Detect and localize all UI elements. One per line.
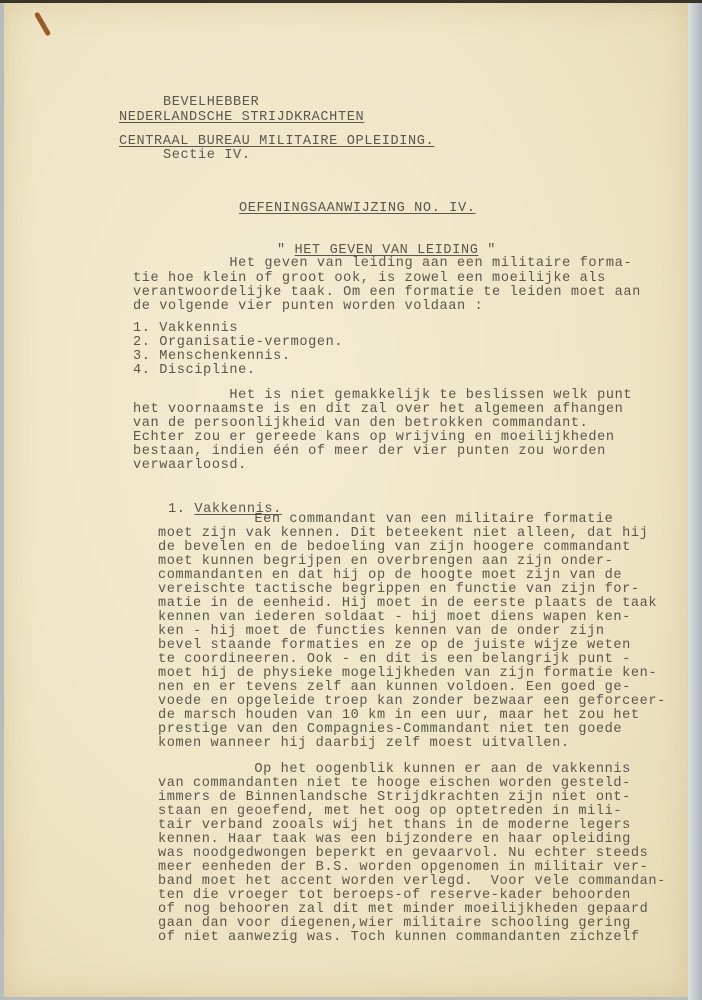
list-item: 4. Discipline. bbox=[133, 363, 256, 378]
text-line: komen wanneer hij daarbij zelf moest uit… bbox=[158, 736, 570, 751]
text-line: verwaarloosd. bbox=[133, 458, 247, 473]
text-line: het voornaamste is en dit zal over het a… bbox=[133, 402, 623, 417]
text-line: matie in de eenheid. Hij moet in de eers… bbox=[158, 596, 657, 611]
text-line: tair verband zooals wij het thans in de … bbox=[158, 818, 631, 833]
list-item: 3. Menschenkennis. bbox=[133, 349, 291, 364]
text-line: was noodgedwongen beperkt en gevaarvol. … bbox=[158, 846, 648, 861]
text-line: van commandanten niet te hooge eischen w… bbox=[158, 776, 631, 791]
text-line: bestaan, indien één of meer der vier pun… bbox=[133, 444, 606, 459]
header-line-1: BEVELHEBBER bbox=[163, 95, 259, 110]
header-line-3: CENTRAAL BUREAU MILITAIRE OPLEIDING. bbox=[119, 134, 434, 149]
scanner-top-edge bbox=[0, 0, 702, 3]
text-line: ken - hij moet de functies kennen van de… bbox=[158, 624, 605, 639]
text-line: nen en er tevens zelf aan kunnen voldoen… bbox=[158, 680, 631, 695]
text-line: voede en opgeleide troep kan zonder bezw… bbox=[158, 694, 666, 709]
text-line: te coordineeren. Ook - en dit is een bel… bbox=[158, 652, 631, 667]
text-line: Het geven van leiding aan een militaire … bbox=[133, 256, 632, 271]
text-line: moet hij de physieke mogelijkheden van z… bbox=[158, 666, 657, 681]
text-line: Een commandant van een militaire formati… bbox=[158, 512, 613, 527]
text-line: Op het oogenblik kunnen er aan de vakken… bbox=[158, 762, 631, 777]
text-line: prestige van den Compagnies-Commandant n… bbox=[158, 722, 622, 737]
scanner-edge bbox=[688, 0, 702, 1000]
text-line: kennen van iederen soldaat - hij moet di… bbox=[158, 610, 631, 625]
header-line-4: Sectie IV. bbox=[163, 148, 251, 163]
text-line: vereischte tactische begrippen en functi… bbox=[158, 582, 640, 597]
document-title: OEFENINGSAANWIJZING NO. IV. bbox=[239, 201, 475, 216]
document-page: BEVELHEBBER NEDERLANDSCHE STRIJDKRACHTEN… bbox=[4, 3, 688, 997]
text-line: gaan dan voor diegenen,wier militaire sc… bbox=[158, 916, 631, 931]
list-item: 2. Organisatie-vermogen. bbox=[133, 335, 343, 350]
text-line: commandanten en dat hij op de hoogte moe… bbox=[158, 568, 622, 583]
text-line: de marsch houden van 10 km in een uur, m… bbox=[158, 708, 640, 723]
text-line: moet zijn vak kennen. Dit beteekent niet… bbox=[158, 526, 648, 541]
text-line: kennen. Haar taak was een bijzondere en … bbox=[158, 832, 631, 847]
text-line: Echter zou er gereede kans op wrijving e… bbox=[133, 430, 615, 445]
text-line: de volgende vier punten worden voldaan : bbox=[133, 299, 483, 314]
text-line: van de persoonlijkheid van den betrokken… bbox=[133, 416, 588, 431]
text-line: de bevelen en de bedoeling van zijn hoog… bbox=[158, 540, 631, 555]
text-line: tie hoe klein of groot ook, is zowel een… bbox=[133, 271, 606, 286]
text-line: meer eenheden der B.S. worden opgenomen … bbox=[158, 860, 648, 875]
text-line: band moet het accent worden verlegd. Voo… bbox=[158, 874, 666, 889]
paper-stain bbox=[34, 11, 51, 36]
text-line: of niet aanwezig was. Toch kunnen comman… bbox=[158, 930, 640, 945]
text-line: bevel staande formaties en ze op de juis… bbox=[158, 638, 631, 653]
header-line-2: NEDERLANDSCHE STRIJDKRACHTEN bbox=[119, 110, 364, 125]
list-item: 1. Vakkennis bbox=[133, 321, 238, 336]
text-line: ten die vroeger tot beroeps-of reserve-k… bbox=[158, 888, 631, 903]
text-line: of nog behooren zal dit met minder moeil… bbox=[158, 902, 648, 917]
text-line: staan en geoefend, met het oog op optetr… bbox=[158, 804, 622, 819]
text-line: moet kunnen begrijpen en overbrengen aan… bbox=[158, 554, 613, 569]
text-line: immers de Binnenlandsche Strijdkrachten … bbox=[158, 790, 631, 805]
text-line: verantwoordelijke taak. Om een formatie … bbox=[133, 285, 641, 300]
text-line: Het is niet gemakkelijk te beslissen wel… bbox=[133, 388, 632, 403]
